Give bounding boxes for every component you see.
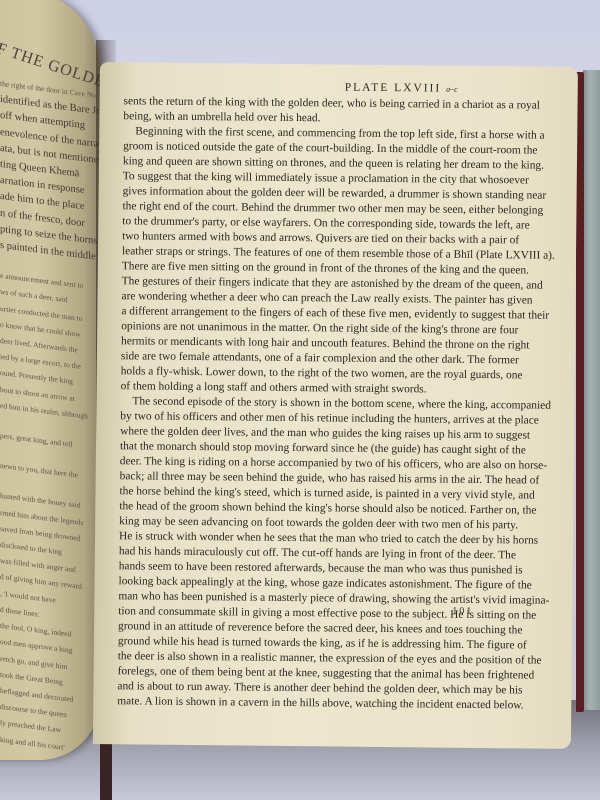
plate-title: PLATE LXVIII bbox=[345, 82, 442, 95]
plate-heading: PLATE LXVIII a–c bbox=[345, 82, 458, 95]
right-page: PLATE LXVIII a–c sents the return of the… bbox=[93, 62, 578, 749]
book-cover-edge bbox=[576, 72, 584, 712]
left-page-text: the right of the door in Cave No.identif… bbox=[0, 82, 100, 754]
plate-suffix: a–c bbox=[446, 85, 458, 94]
body-text: sents the return of the king with the go… bbox=[117, 94, 493, 713]
text-line: mate. A lion is shown in a cavern in the… bbox=[117, 694, 487, 713]
left-page: F THE GOLDEN DEE the right of the door i… bbox=[0, 0, 100, 760]
background-cloth bbox=[583, 70, 600, 710]
page-number: 101 bbox=[452, 606, 473, 617]
